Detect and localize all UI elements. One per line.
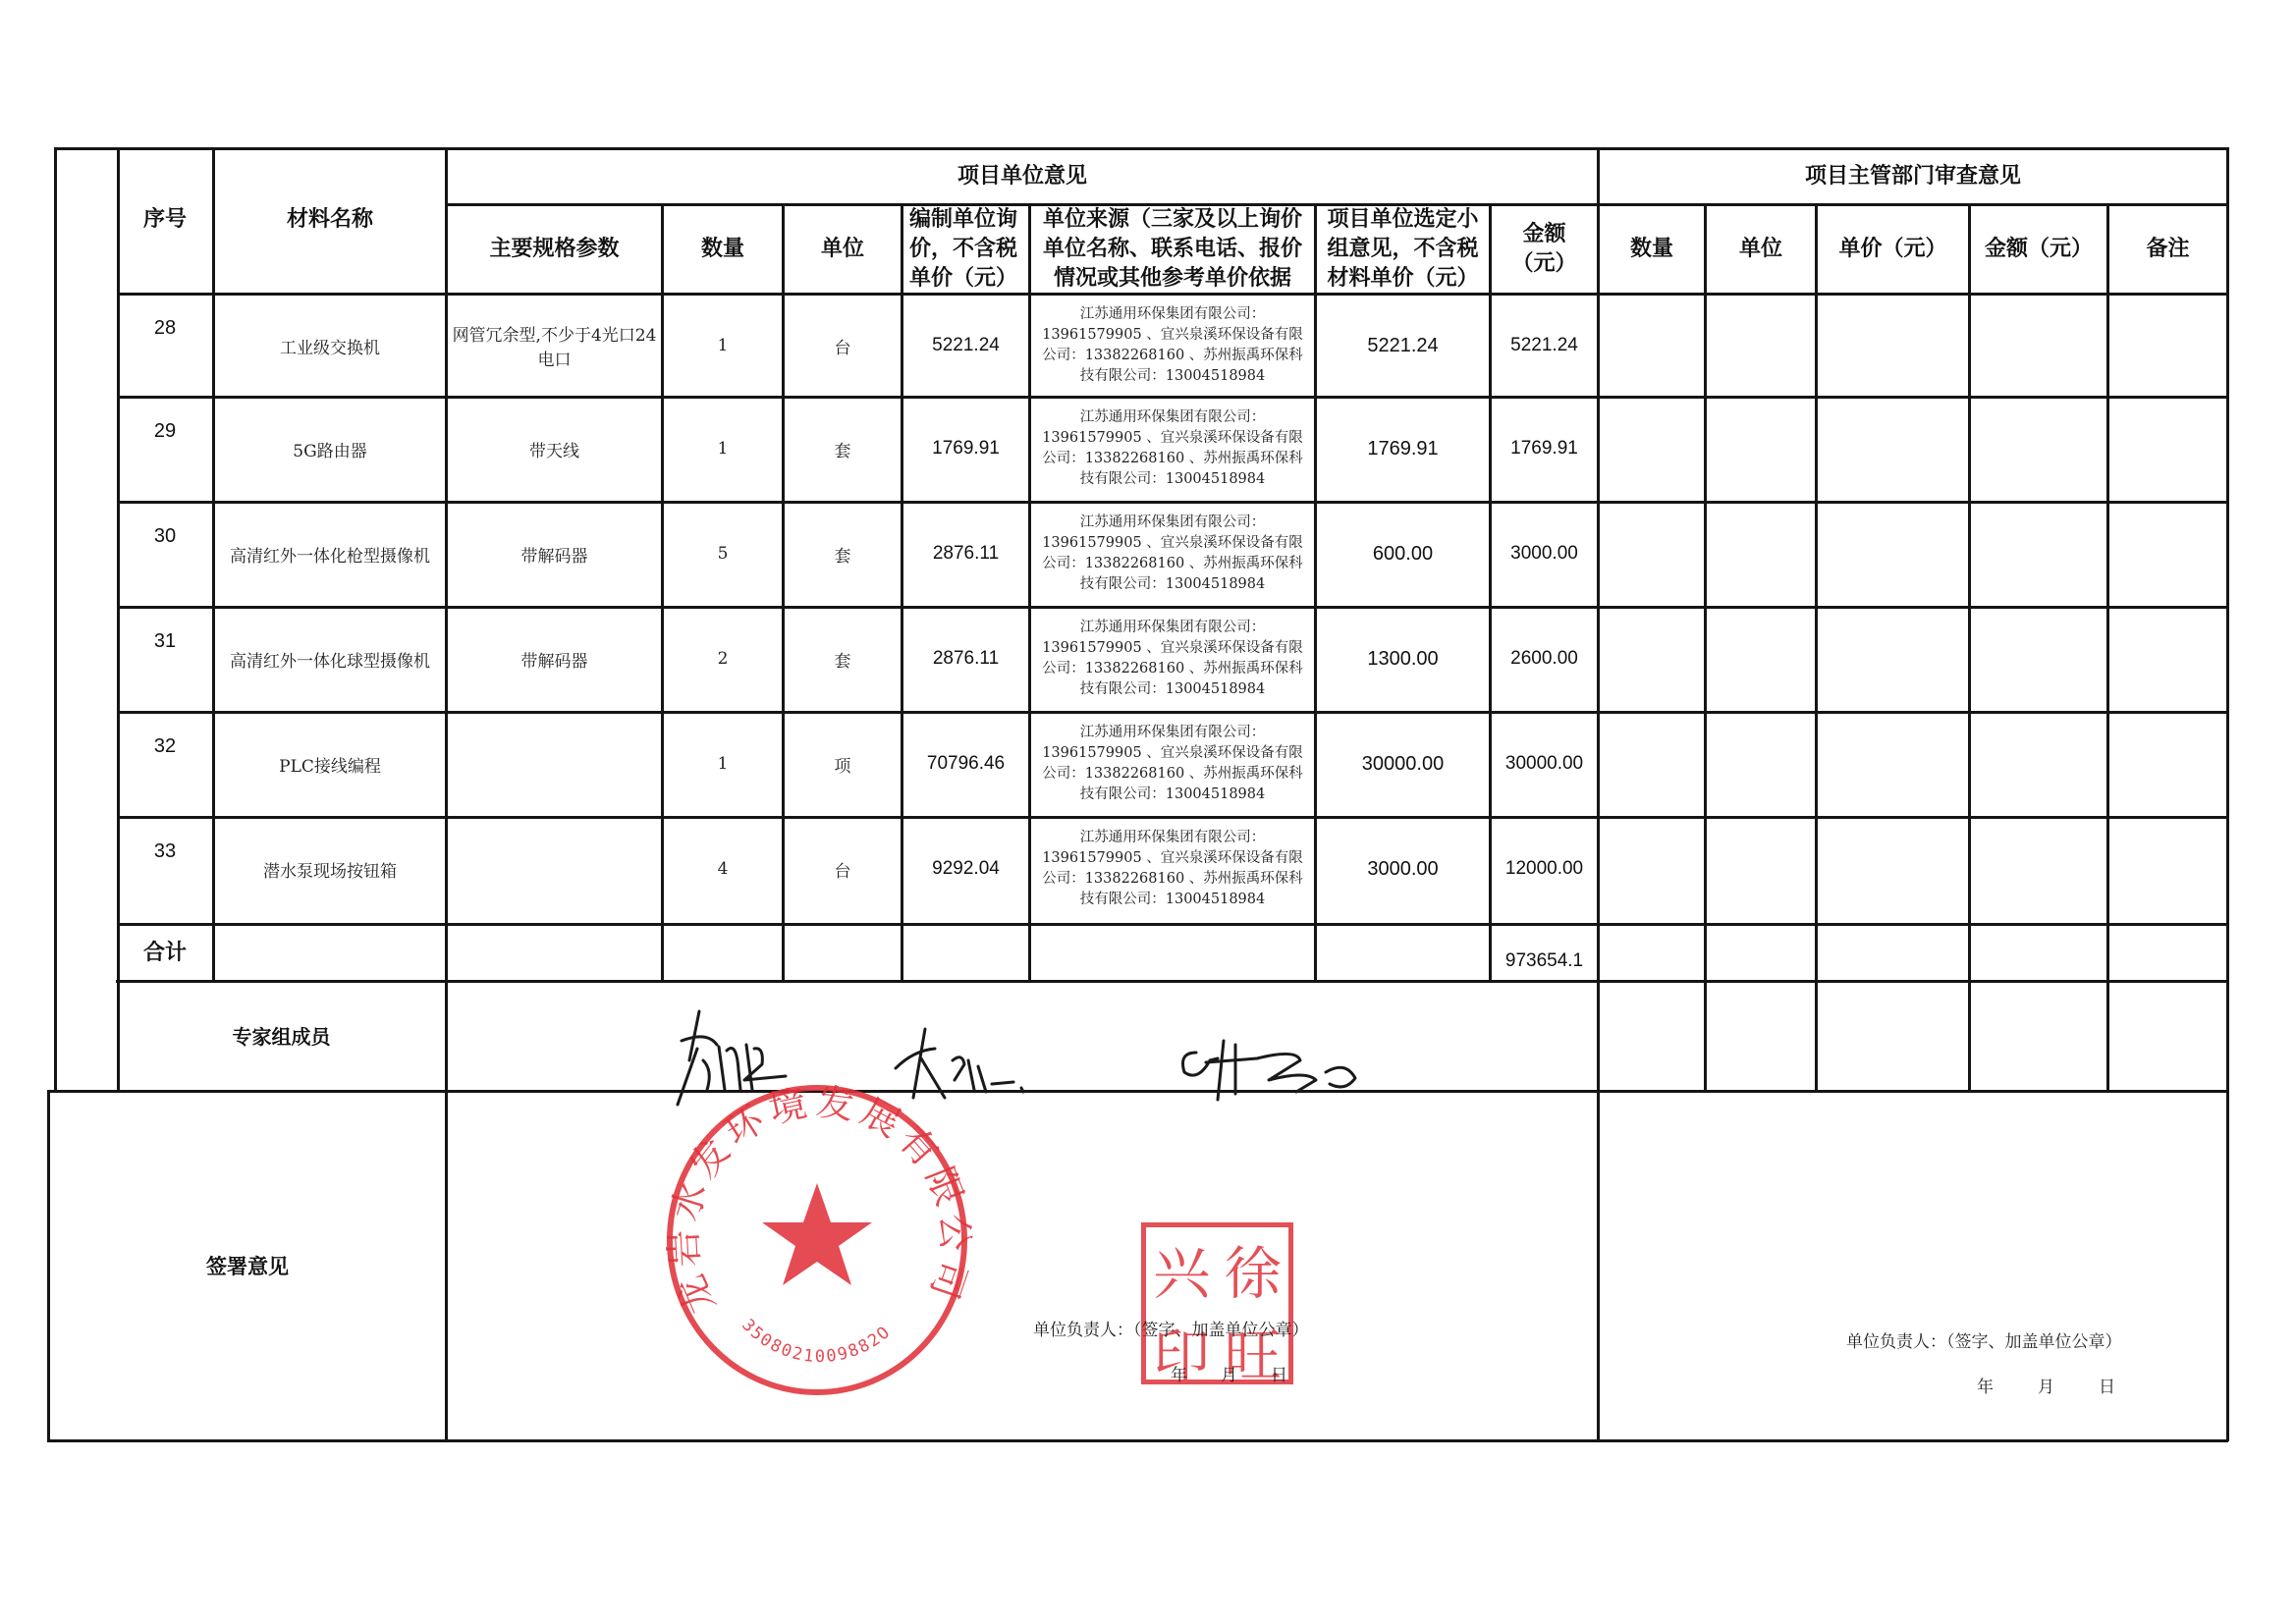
cell-name: 工业级交换机	[214, 296, 446, 396]
cell-name: 高清红外一体化枪型摄像机	[214, 504, 446, 604]
cell-compiled-price: 1769.91	[903, 399, 1028, 499]
seal-char: 兴	[1146, 1227, 1218, 1310]
rule	[1704, 203, 1707, 1090]
header-review-unit: 单位	[1707, 206, 1815, 293]
header-amount: 金额（元）	[1492, 206, 1597, 293]
experts-label: 专家组成员	[118, 983, 445, 1090]
cell-seq: 29	[118, 399, 212, 499]
cell-name: PLC接线编程	[214, 714, 446, 814]
header-review-qty: 数量	[1600, 206, 1704, 293]
header-review-price: 单价（元）	[1818, 206, 1968, 293]
right-date-caption: 年 月 日	[1977, 1373, 2129, 1397]
cell-name: 高清红外一体化球型摄像机	[214, 609, 446, 709]
rule	[118, 923, 2228, 926]
cell-unit: 套	[785, 504, 901, 604]
cell-selected-price: 1769.91	[1317, 399, 1489, 499]
cell-spec: 带解码器	[448, 609, 661, 709]
cell-unit: 项	[785, 714, 901, 814]
cell-spec	[448, 714, 661, 814]
cell-qty: 1	[664, 399, 782, 499]
cell-seq: 28	[118, 296, 212, 396]
seal-char: 徐	[1218, 1227, 1289, 1310]
cell-amount: 2600.00	[1492, 609, 1597, 709]
rule	[2106, 203, 2109, 1090]
cell-compiled-price: 5221.24	[903, 296, 1028, 396]
cell-compiled-price: 70796.46	[903, 714, 1028, 814]
left-signer-caption: 单位负责人：（签字、加盖单位公章）	[1033, 1316, 1309, 1340]
cell-unit: 台	[785, 296, 901, 396]
header-review-amount: 金额（元）	[1971, 206, 2106, 293]
cell-amount: 5221.24	[1492, 296, 1597, 396]
cell-source: 江苏通用环保集团有限公司：13961579905 、宜兴泉溪环保设备有限公司：1…	[1031, 399, 1314, 499]
total-amount: 973654.1	[1492, 943, 1597, 980]
cell-seq: 31	[118, 609, 212, 709]
cell-source: 江苏通用环保集团有限公司：13961579905 、宜兴泉溪环保设备有限公司：1…	[1031, 714, 1314, 814]
cell-amount: 12000.00	[1492, 819, 1597, 919]
right-signer-caption: 单位负责人：（签字、加盖单位公章）	[1846, 1327, 2122, 1352]
cell-qty: 5	[664, 504, 782, 604]
cell-qty: 4	[664, 819, 782, 919]
svg-text:3508021009882O: 3508021009882O	[738, 1316, 895, 1367]
header-qty: 数量	[664, 206, 782, 293]
cell-compiled-price: 2876.11	[903, 609, 1028, 709]
cell-spec: 网管冗余型,不少于4光口24电口	[448, 296, 661, 396]
cell-qty: 2	[664, 609, 782, 709]
rule	[54, 147, 57, 1090]
header-selected-price: 项目单位选定小组意见，不含税材料单价（元）	[1317, 206, 1489, 293]
total-label: 合计	[118, 926, 212, 980]
cell-seq: 30	[118, 504, 212, 604]
header-unit: 单位	[785, 206, 901, 293]
cell-unit: 套	[785, 399, 901, 499]
rule	[2226, 147, 2229, 1441]
company-seal-stamp: 龙岩水发环境发展有限公司 3508021009882O	[648, 1075, 982, 1399]
header-remark: 备注	[2109, 206, 2226, 293]
rule	[1968, 203, 1971, 1090]
left-date-caption: 年 月 日	[1171, 1361, 1287, 1385]
header-dept-review-opinion: 项目主管部门审查意见	[1600, 149, 2226, 203]
cell-source: 江苏通用环保集团有限公司：13961579905 、宜兴泉溪环保设备有限公司：1…	[1031, 609, 1314, 709]
header-compiled-price: 编制单位询价，不含税单价（元）	[903, 206, 1028, 293]
cell-compiled-price: 9292.04	[903, 819, 1028, 919]
cell-name: 潜水泵现场按钮箱	[214, 819, 446, 919]
header-spec: 主要规格参数	[448, 206, 661, 293]
cell-amount: 1769.91	[1492, 399, 1597, 499]
cell-seq: 33	[118, 819, 212, 919]
cell-seq: 32	[118, 714, 212, 814]
cell-selected-price: 5221.24	[1317, 296, 1489, 396]
cell-compiled-price: 2876.11	[903, 504, 1028, 604]
cell-qty: 1	[664, 714, 782, 814]
cell-unit: 台	[785, 819, 901, 919]
cell-source: 江苏通用环保集团有限公司：13961579905 、宜兴泉溪环保设备有限公司：1…	[1031, 819, 1314, 919]
cell-unit: 套	[785, 609, 901, 709]
rule	[1597, 147, 1600, 1441]
header-material-name: 材料名称	[214, 147, 446, 293]
header-project-unit-opinion: 项目单位意见	[448, 149, 1597, 203]
cell-selected-price: 3000.00	[1317, 819, 1489, 919]
rule	[47, 1439, 2228, 1442]
cell-spec: 带解码器	[448, 504, 661, 604]
cell-amount: 3000.00	[1492, 504, 1597, 604]
company-seal-code: 3508021009882O	[738, 1316, 895, 1367]
cell-selected-price: 600.00	[1317, 504, 1489, 604]
signoff-label: 签署意见	[50, 1093, 445, 1439]
cell-selected-price: 1300.00	[1317, 609, 1489, 709]
header-source: 单位来源（三家及以上询价单位名称、联系电话、报价情况或其他参考单价依据	[1031, 206, 1314, 293]
cell-name: 5G路由器	[214, 399, 446, 499]
cell-source: 江苏通用环保集团有限公司：13961579905 、宜兴泉溪环保设备有限公司：1…	[1031, 504, 1314, 604]
cell-source: 江苏通用环保集团有限公司：13961579905 、宜兴泉溪环保设备有限公司：1…	[1031, 296, 1314, 396]
cell-selected-price: 30000.00	[1317, 714, 1489, 814]
cell-spec: 带天线	[448, 399, 661, 499]
cell-amount: 30000.00	[1492, 714, 1597, 814]
cell-qty: 1	[664, 296, 782, 396]
rule	[1815, 203, 1818, 1090]
cell-spec	[448, 819, 661, 919]
header-seq: 序号	[118, 147, 212, 293]
